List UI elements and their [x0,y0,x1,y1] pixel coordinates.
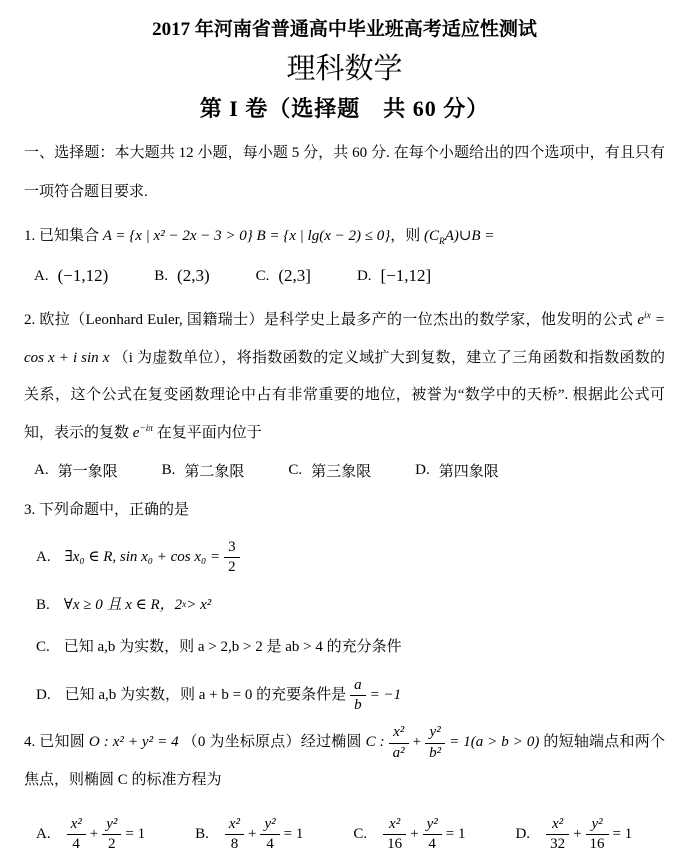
q4-option-b-f1-den: 8 [225,835,244,853]
q1-result-pre: (C [424,228,439,244]
q4-option-b-fraction-1: x²8 [225,816,244,854]
q4-option-b-f2-den: 4 [260,835,279,853]
q1-option-a: A.(−1,12) [34,266,108,286]
q4-equation-condition: = 1(a > b > 0) [449,735,543,751]
q4-option-d-fraction-1: x²32 [546,816,569,854]
q4-ellipse-fraction-1: x²a² [389,724,409,762]
q4-option-c-fraction-2: y²4 [423,816,442,854]
q4-ellipse-fraction-1-num: x² [389,724,409,743]
q4-option-a-plus: + [90,826,98,843]
exam-paper-page: 2017 年河南省普通高中毕业班高考适应性测试 理科数学 第 I 卷（选择题 共… [0,0,689,867]
q4-option-a: A.x²4+y²2= 1 [36,816,145,854]
q1-text-mid: ，则 [390,228,424,244]
q1-option-d: D.[−1,12] [357,266,431,286]
question-4: 4. 已知圆 O : x² + y² = 4 （0 为坐标原点）经过椭圆 C :… [24,724,665,861]
q1-option-b: B.(2,3) [154,266,209,286]
q3-option-a-fraction: 32 [224,539,240,577]
q1-option-c-label: C. [256,268,270,285]
q3-option-b-label: B. [36,588,50,623]
q1-option-d-label: D. [357,268,372,285]
q4-option-c-fraction-1: x²16 [383,816,406,854]
q4-option-c-f1-den: 16 [383,835,406,853]
q4-option-b-plus: + [248,826,256,843]
q4-option-b-eq: = 1 [284,826,304,843]
q3-option-d-pre: 已知 a,b 为实数，则 a + b = 0 的充要条件是 [65,678,347,713]
q2-text-1: 2. 欧拉（Leonhard Euler, 国籍瑞士）是科学史上最多产的一位杰出… [24,312,637,328]
q2-option-c-value: 第三象限 [311,460,371,481]
q4-option-c-plus: + [410,826,418,843]
q4-option-d: D.x²32+y²16= 1 [515,816,632,854]
q4-option-a-f2-den: 2 [102,835,121,853]
q2-complex-exponent: −iπ [139,424,153,434]
section-instructions: 一、选择题：本大题共 12 小题，每小题 5 分，共 60 分. 在每个小题给出… [24,134,665,212]
q4-text-mid: （0 为坐标原点）经过椭圆 [183,735,366,751]
q4-ellipse-fraction-2-den: b² [425,744,445,762]
q4-option-c-eq: = 1 [446,826,466,843]
q4-option-b-f2-num: y² [260,816,279,835]
q3-option-d-fraction-den: b [350,696,366,714]
q1-result-post: A)∪B = [445,228,495,244]
q3-option-a: A.∃x₀ ∈ R, sin x₀ + cos x₀ =32 [24,532,665,582]
q2-option-a: A.第一象限 [34,460,118,481]
q4-option-a-fraction-2: y²2 [102,816,121,854]
q3-option-b-pre: ∀x ≥ 0 且 x ∈ R，2 [64,588,182,623]
q3-option-d-fraction: ab [350,677,366,715]
q3-option-b-post: > x² [186,588,211,623]
q3-option-a-expr: ∃x₀ ∈ R, sin x₀ + cos x₀ = [65,540,221,575]
question-2-options: A.第一象限 B.第二象限 C.第三象限 D.第四象限 [24,454,665,486]
q4-option-a-fraction-1: x²4 [67,816,86,854]
q3-option-d: D.已知 a,b 为实数，则 a + b = 0 的充要条件是ab= −1 [24,670,665,720]
q4-option-a-eq: = 1 [125,826,145,843]
q4-option-b-fraction-2: y²4 [260,816,279,854]
q4-option-b-label: B. [195,826,209,843]
q4-option-a-f2-num: y² [102,816,121,835]
q2-text-3: 在复平面内位于 [153,425,262,441]
q1-option-d-value: [−1,12] [381,266,432,286]
q4-option-d-f1-num: x² [546,816,569,835]
q2-complex-number-expr: e−iπ [133,425,153,441]
q4-option-d-eq: = 1 [613,826,633,843]
q2-option-b-value: 第二象限 [184,460,244,481]
q3-option-c-label: C. [36,630,50,665]
question-1-stem: 1. 已知集合 A = {x | x² − 2x − 3 > 0} B = {x… [24,218,665,254]
section-title: 第 I 卷（选择题 共 60 分） [24,94,665,125]
q3-option-c-text: 已知 a,b 为实数，则 a > 2,b > 2 是 ab > 4 的充分条件 [64,630,402,665]
q4-circle-equation: O : x² + y² = 4 [89,735,183,751]
q4-text-pre: 4. 已知圆 [24,735,89,751]
question-4-stem: 4. 已知圆 O : x² + y² = 4 （0 为坐标原点）经过椭圆 C :… [24,724,665,799]
question-1: 1. 已知集合 A = {x | x² − 2x − 3 > 0} B = {x… [24,218,665,296]
q1-option-a-value: (−1,12) [58,266,109,286]
q2-option-d: D.第四象限 [415,460,499,481]
q1-option-a-label: A. [34,268,49,285]
q3-option-a-fraction-den: 2 [224,558,240,576]
q4-option-a-label: A. [36,826,51,843]
q2-option-b-label: B. [162,462,176,479]
subject-title: 理科数学 [24,50,665,89]
q4-option-c-f2-den: 4 [423,835,442,853]
q4-option-c-label: C. [353,826,367,843]
q2-option-a-label: A. [34,462,49,479]
q2-option-d-label: D. [415,462,430,479]
q4-ellipse-name: C : [366,735,385,751]
q4-plus-sign: + [413,735,421,751]
q1-set-expression: A = {x | x² − 2x − 3 > 0} B = {x | lg(x … [103,228,390,244]
question-3: 3. 下列命题中，正确的是 A.∃x₀ ∈ R, sin x₀ + cos x₀… [24,492,665,720]
q3-option-c: C.已知 a,b 为实数，则 a > 2,b > 2 是 ab > 4 的充分条… [24,628,665,666]
q4-option-b: B.x²8+y²4= 1 [195,816,303,854]
q2-option-c-label: C. [288,462,302,479]
q3-option-a-fraction-num: 3 [224,539,240,558]
q2-text-2: （i 为虚数单位），将指数函数的定义域扩大到复数，建立了三角函数和指数函数的关系… [24,350,665,441]
q4-option-d-f1-den: 32 [546,835,569,853]
q4-option-d-fraction-2: y²16 [586,816,609,854]
q2-option-c: C.第三象限 [288,460,371,481]
q4-option-c: C.x²16+y²4= 1 [353,816,465,854]
q4-option-c-f2-num: y² [423,816,442,835]
q4-option-a-f1-den: 4 [67,835,86,853]
q2-option-a-value: 第一象限 [58,460,118,481]
q4-option-d-f2-num: y² [586,816,609,835]
q4-option-d-plus: + [573,826,581,843]
question-1-options: A.(−1,12) B.(2,3) C.(2,3] D.[−1,12] [24,256,665,296]
q3-option-b: B.∀x ≥ 0 且 x ∈ R，2x > x² [24,586,665,624]
q1-text-prefix: 1. 已知集合 [24,228,103,244]
q3-option-d-post: = −1 [370,678,402,713]
q1-option-c-value: (2,3] [278,266,311,286]
q2-option-d-value: 第四象限 [439,460,499,481]
question-2-stem: 2. 欧拉（Leonhard Euler, 国籍瑞士）是科学史上最多产的一位杰出… [24,302,665,452]
question-4-options: A.x²4+y²2= 1 B.x²8+y²4= 1 C.x²16+y²4= 1 … [24,808,665,862]
q2-euler-exponent: ix [644,311,651,321]
exam-title: 2017 年河南省普通高中毕业班高考适应性测试 [24,16,665,44]
q3-option-d-fraction-num: a [350,677,366,696]
q4-option-d-f2-den: 16 [586,835,609,853]
q1-option-b-label: B. [154,268,168,285]
q4-option-a-f1-num: x² [67,816,86,835]
q3-option-a-label: A. [36,540,51,575]
q1-option-b-value: (2,3) [177,266,210,286]
q3-option-d-label: D. [36,678,51,713]
question-3-stem: 3. 下列命题中，正确的是 [24,492,665,528]
q4-ellipse-fraction-2: y²b² [425,724,445,762]
question-2: 2. 欧拉（Leonhard Euler, 国籍瑞士）是科学史上最多产的一位杰出… [24,302,665,486]
q4-ellipse-fraction-2-num: y² [425,724,445,743]
q4-option-b-f1-num: x² [225,816,244,835]
q1-option-c: C.(2,3] [256,266,311,286]
q4-option-c-f1-num: x² [383,816,406,835]
q4-ellipse-fraction-1-den: a² [389,744,409,762]
q2-option-b: B.第二象限 [162,460,245,481]
q4-option-d-label: D. [515,826,530,843]
